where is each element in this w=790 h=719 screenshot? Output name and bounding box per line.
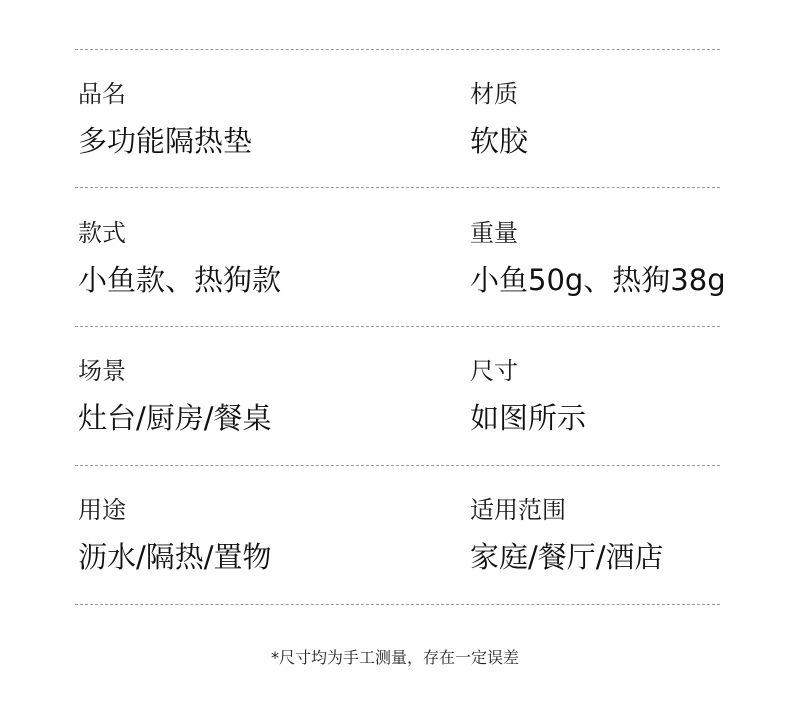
spec-weight: 重量 小鱼50g、热狗38g [470,219,726,297]
spec-value: 多功能隔热垫 [78,124,252,158]
spec-value: 小鱼款、热狗款 [78,263,281,297]
spec-label: 场景 [78,357,272,385]
divider [75,326,720,327]
divider [75,187,720,188]
spec-value: 灶台/厨房/餐桌 [78,401,272,435]
spec-product-name: 品名 多功能隔热垫 [78,80,252,158]
spec-label: 材质 [470,80,528,108]
spec-value: 如图所示 [470,401,586,435]
spec-scene: 场景 灶台/厨房/餐桌 [78,357,272,435]
divider [75,49,720,50]
divider [75,604,720,605]
spec-label: 品名 [78,80,252,108]
spec-value: 小鱼50g、热狗38g [470,263,726,297]
spec-usage: 用途 沥水/隔热/置物 [78,496,272,574]
measurement-note: *尺寸均为手工测量，存在一定误差 [0,645,790,668]
spec-label: 尺寸 [470,357,586,385]
spec-style: 款式 小鱼款、热狗款 [78,219,281,297]
spec-value: 家庭/餐厅/酒店 [470,540,664,574]
spec-size: 尺寸 如图所示 [470,357,586,435]
divider [75,465,720,466]
spec-material: 材质 软胶 [470,80,528,158]
spec-label: 重量 [470,219,726,247]
spec-value: 软胶 [470,124,528,158]
spec-value: 沥水/隔热/置物 [78,540,272,574]
spec-label: 适用范围 [470,496,664,524]
spec-label: 款式 [78,219,281,247]
spec-scope: 适用范围 家庭/餐厅/酒店 [470,496,664,574]
spec-label: 用途 [78,496,272,524]
